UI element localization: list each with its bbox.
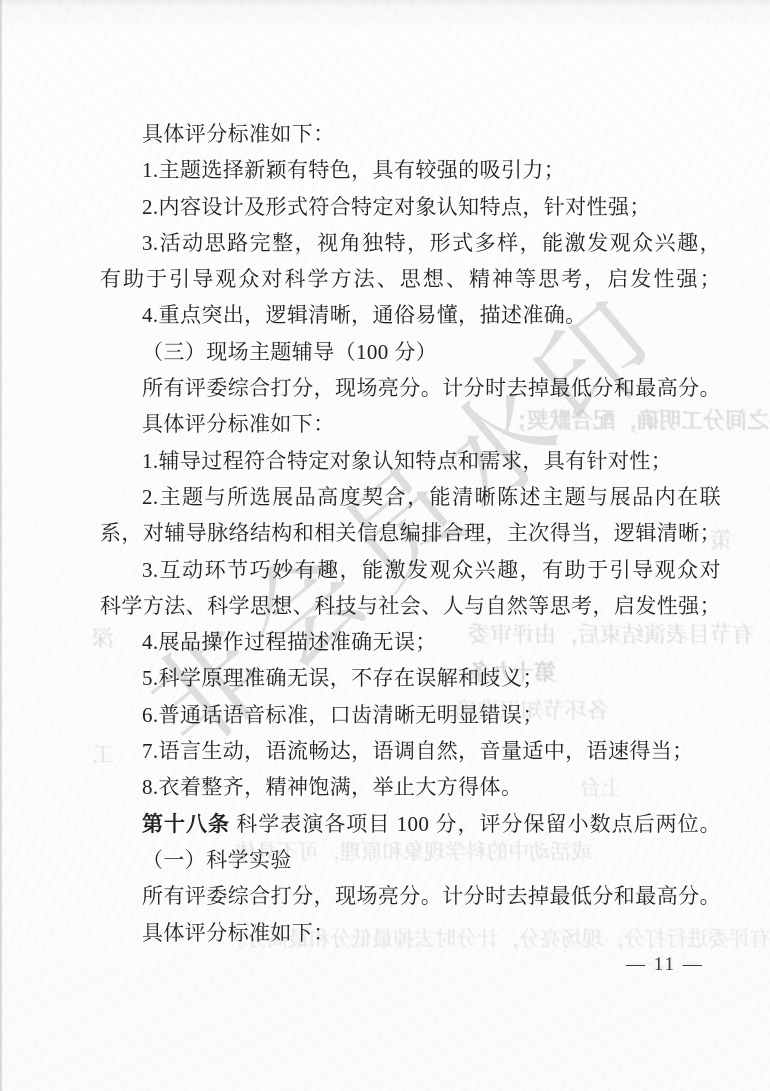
text-line: 所有评委综合打分，现场亮分。计分时去掉最低分和最高分。: [100, 878, 721, 914]
document-page: 选手之间分工明确，配合默契；有节目表演结束后，由评审委第十九条各环节知识准确或活…: [0, 0, 770, 1091]
text-line: 2.主题与所选展品高度契合，能清晰陈述主题与展品内在联: [100, 479, 721, 515]
text-line: 3.活动思路完整，视角独特，形式多样，能激发观众兴趣，: [100, 225, 721, 261]
text-line: 具体评分标准如下：: [100, 406, 721, 442]
text-line: （一）科学实验: [100, 842, 721, 878]
text-line: （三）现场主题辅导（100 分）: [100, 334, 721, 370]
text-line: 3.互动环节巧妙有趣，能激发观众兴趣，有助于引导观众对: [100, 552, 721, 588]
text-line: 2.内容设计及形式符合特定对象认知特点，针对性强；: [100, 189, 721, 225]
text-line: 8.衣着整齐，精神饱满，举止大方得体。: [100, 769, 721, 805]
text-line: 6.普通话语音标准，口齿清晰无明显错误；: [100, 697, 721, 733]
text-line: 5.科学原理准确无误，不存在误解和歧义；: [100, 660, 721, 696]
text-line: 7.语言生动，语流畅达，语调自然，音量适中，语速得当；: [100, 733, 721, 769]
text-line: 具体评分标准如下：: [100, 915, 721, 951]
text-line: 4.展品操作过程描述准确无误；: [100, 624, 721, 660]
text-line: 1.主题选择新颖有特色，具有较强的吸引力；: [100, 152, 721, 188]
text-line: 所有评委综合打分，现场亮分。计分时去掉最低分和最高分。: [100, 370, 721, 406]
text-line: 1.辅导过程符合特定对象认知特点和需求，具有针对性；: [100, 443, 721, 479]
text-block: 具体评分标准如下：1.主题选择新颖有特色，具有较强的吸引力；2.内容设计及形式符…: [100, 116, 721, 951]
text-line: 具体评分标准如下：: [100, 116, 721, 152]
page-number: — 11 —: [626, 954, 704, 976]
text-line: 系，对辅导脉络结构和相关信息编排合理，主次得当，逻辑清晰；: [100, 515, 721, 551]
text-line: 第十八条 科学表演各项目 100 分，评分保留小数点后两位。: [100, 806, 721, 842]
text-line: 有助于引导观众对科学方法、思想、精神等思考，启发性强；: [100, 261, 721, 297]
text-line: 4.重点突出，逻辑清晰，通俗易懂，描述准确。: [100, 297, 721, 333]
scan-edge-artifact: [0, 0, 2, 1091]
article-number: 第十八条: [142, 812, 230, 836]
text-line: 科学方法、科学思想、科技与社会、人与自然等思考，启发性强；: [100, 588, 721, 624]
